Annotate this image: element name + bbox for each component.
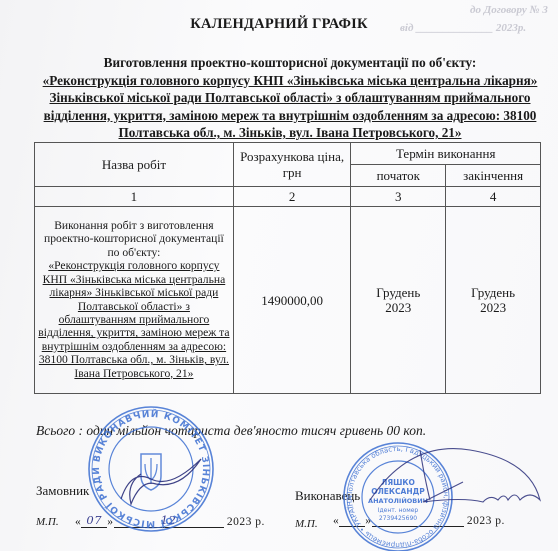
column-number: 3 [351, 187, 446, 207]
contractor-signature-icon [360, 440, 558, 540]
header-name: Назва робіт [35, 143, 234, 187]
customer-seal-label: М.П. [36, 516, 59, 528]
column-number: 1 [35, 187, 234, 207]
table-row: Виконання робіт з виготовлення проектно-… [35, 207, 541, 394]
column-number-row: 1 2 3 4 [35, 187, 541, 207]
work-object: «Реконструкція головного корпусу КНП «Зі… [38, 259, 229, 379]
column-number: 4 [446, 187, 541, 207]
header-start: початок [351, 165, 446, 187]
header-price: Розрахункова ціна, грн [233, 143, 351, 187]
schedule-table: Назва робіт Розрахункова ціна, грн Термі… [34, 142, 541, 394]
document-subtitle: Виготовлення проектно-кошторисної докуме… [40, 54, 540, 142]
work-start: Грудень 2023 [351, 207, 446, 394]
column-number: 2 [233, 187, 351, 207]
work-price: 1490000,00 [233, 207, 351, 394]
bleed-through-text: до Договору № 3 [470, 4, 548, 16]
header-end: закінчення [446, 165, 541, 187]
contractor-seal-label: М.П. [295, 518, 318, 530]
header-term: Термін виконання [351, 143, 541, 165]
work-description: Виконання робіт з виготовлення проектно-… [35, 207, 234, 394]
document-title: КАЛЕНДАРНИЙ ГРАФІК [0, 16, 558, 33]
subtitle-object: «Реконструкція головного корпусу КНП «Зі… [43, 73, 538, 141]
customer-label: Замовник [36, 483, 89, 499]
work-intro: Виконання робіт з виготовлення проектно-… [38, 219, 230, 259]
customer-date-year: 2023 р. [227, 516, 265, 528]
table-header-row: Назва робіт Розрахункова ціна, грн Термі… [35, 143, 541, 165]
svg-text:ВИКОНАВЧИЙ КОМІТЕТ ЗІНЬКІВСЬКО: ВИКОНАВЧИЙ КОМІТЕТ ЗІНЬКІВСЬКОЇ МІСЬКОЇ … [82, 396, 210, 528]
subtitle-line: Виготовлення проектно-кошторисної докуме… [40, 54, 540, 72]
document-page: до Договору № 3 від ______________ 2023р… [0, 0, 558, 551]
customer-stamp-icon: ВИКОНАВЧИЙ КОМІТЕТ ЗІНЬКІВСЬКОЇ МІСЬКОЇ … [86, 404, 216, 534]
work-end: Грудень 2023 [446, 207, 541, 394]
